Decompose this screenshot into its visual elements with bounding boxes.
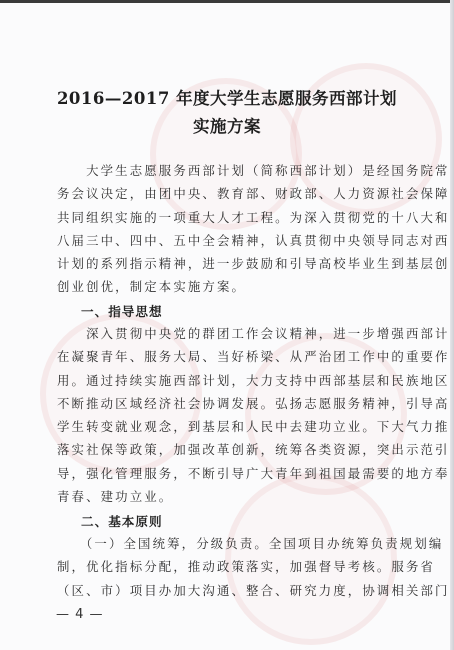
- text-line: 创业创优，制定本实施方案。: [57, 275, 409, 298]
- page-number: — 4 —: [56, 607, 104, 622]
- text-line: 不断推动区域经济社会协调发展。弘扬志愿服务精神，引导高校: [57, 392, 409, 415]
- intro-paragraph: 大学生志愿服务西部计划（简称西部计划）是经国务院常 务会议决定，由团中央、教育部…: [57, 159, 409, 299]
- text-line: 学生转变就业观念，到基层和人民中去建功立业。下大气力推动: [57, 415, 409, 438]
- text-line: 导，强化管理服务，不断引导广大青年到祖国最需要的地方奉献: [57, 462, 409, 485]
- text-line: 在凝聚青年、服务大局、当好桥梁、从严治团工作中的重要作: [57, 345, 409, 368]
- text-line: 深入贯彻中央党的群团工作会议精神，进一步增强西部计划: [57, 322, 409, 345]
- text-line: 务会议决定，由团中央、教育部、财政部、人力资源社会保障部: [57, 182, 409, 205]
- section-1-paragraph: 深入贯彻中央党的群团工作会议精神，进一步增强西部计划 在凝聚青年、服务大局、当好…: [57, 322, 409, 508]
- text-line: 八届三中、四中、五中全会精神，认真贯彻中央领导同志对西部: [57, 229, 409, 252]
- section-heading-basic-principles: 二、基本原则: [81, 511, 163, 530]
- section-heading-guiding-thought: 一、指导思想: [81, 301, 163, 320]
- text-line: 共同组织实施的一项重大人才工程。为深入贯彻党的十八大和十: [57, 206, 409, 229]
- document-title-line-1: 2016—2017 年度大学生志愿服务西部计划: [0, 85, 454, 109]
- scan-right-edge: [450, 0, 454, 650]
- document-page: 2016—2017 年度大学生志愿服务西部计划 实施方案 大学生志愿服务西部计划…: [0, 3, 450, 650]
- text-line: 青春、建功立业。: [57, 485, 409, 508]
- text-line: 落实社保等政策，加强改革创新，统筹各类资源，突出示范引: [57, 438, 409, 461]
- text-line: 用。通过持续实施西部计划，大力支持中西部基层和民族地区，: [57, 369, 409, 392]
- text-line: （一）全国统筹，分级负责。全国项目办统筹负责规划编: [57, 532, 409, 555]
- section-2-paragraph: （一）全国统筹，分级负责。全国项目办统筹负责规划编 制，优化指标分配，推动政策落…: [57, 532, 409, 602]
- text-line: 制，优化指标分配，推动政策落实，加强督导考核。服务省: [57, 555, 409, 578]
- document-title-line-2: 实施方案: [0, 113, 454, 137]
- text-line: 计划的系列指示精神，进一步鼓励和引导高校毕业生到基层创新: [57, 252, 409, 275]
- text-line: 大学生志愿服务西部计划（简称西部计划）是经国务院常: [57, 159, 409, 182]
- text-line: （区、市）项目办加大沟通、整合、研究力度，协调相关部门落: [57, 579, 409, 602]
